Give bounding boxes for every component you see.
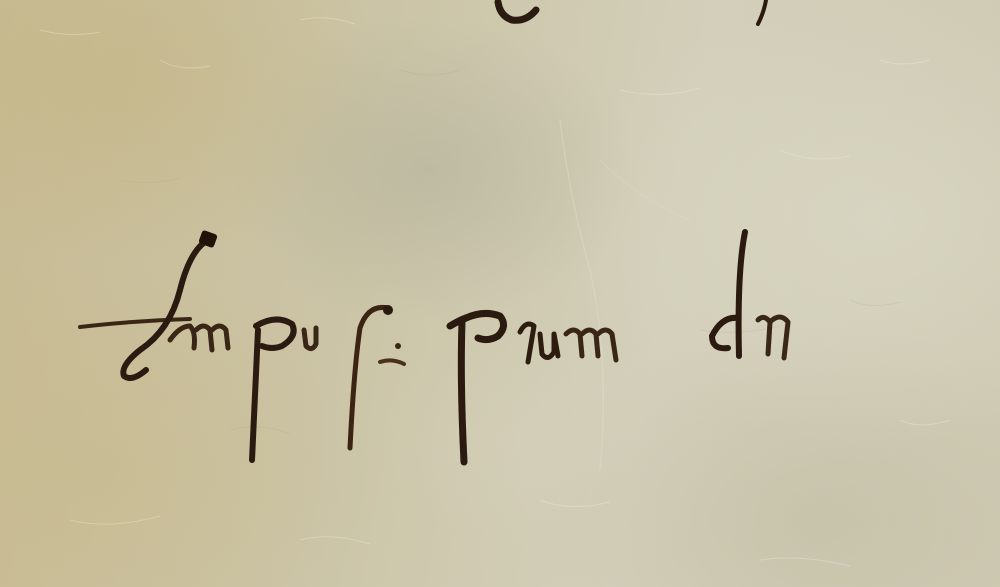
letter-t-ascender <box>123 240 208 378</box>
top-partial-loop <box>498 2 536 20</box>
letter-n <box>758 317 788 358</box>
letter-p <box>252 319 294 460</box>
letter-d <box>712 232 745 356</box>
letter-t-crossbar <box>80 319 190 327</box>
handwritten-line <box>0 0 1000 587</box>
letter-long-s <box>350 307 388 448</box>
letter-p-second <box>450 313 504 462</box>
parchment-page: tempus prum dn <box>0 0 1000 587</box>
punctus-mark <box>395 343 401 349</box>
parchment-texture <box>0 0 1000 587</box>
